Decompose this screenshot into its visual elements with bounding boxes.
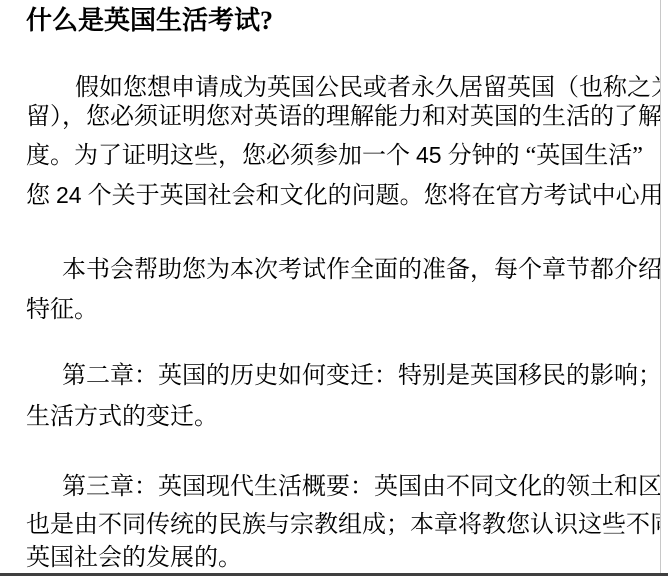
line-text: 分钟的 “英国生活” (442, 143, 643, 169)
paragraph-3-line-1: 第二章：英国的历史如何变迁：特别是英国移民的影响； (62, 360, 661, 392)
questions-number: 24 (56, 182, 82, 208)
line-text: 个关于英国社会和文化的问题。您将在官方考试中心用 (82, 183, 661, 209)
document-viewport: 什么是英国生活考试? 假如您想申请成为英国公民或者永久居留英国（也称之为 留），… (0, 0, 668, 579)
minutes-number: 45 (416, 142, 442, 168)
paragraph-1-line-3: 度。为了证明这些，您必须参加一个 45 分钟的 “英国生活” (26, 139, 661, 171)
line-text: 您 (26, 183, 56, 209)
paragraph-2-line-1: 本书会帮助您为本次考试作全面的准备，每个章节都介绍 (62, 254, 661, 286)
bottom-divider (0, 573, 668, 576)
paragraph-4-line-1: 第三章：英国现代生活概要：英国由不同文化的领土和区 (62, 471, 661, 503)
paragraph-2-line-2: 特征。 (26, 294, 661, 326)
document-title: 什么是英国生活考试? (26, 4, 661, 38)
paragraph-3-line-2: 生活方式的变迁。 (26, 401, 661, 433)
paragraph-4-line-3: 英国社会的发展的。 (26, 542, 661, 574)
line-text: 度。为了证明这些，您必须参加一个 (26, 143, 416, 169)
paragraph-1-line-4: 您 24 个关于英国社会和文化的问题。您将在官方考试中心用 (26, 179, 661, 211)
paragraph-1-line-1: 假如您想申请成为英国公民或者永久居留英国（也称之为 (75, 72, 661, 104)
paragraph-4-line-2: 也是由不同传统的民族与宗教组成；本章将教您认识这些不同 (26, 509, 661, 541)
page-edge-line (660, 0, 661, 574)
paragraph-1-line-2: 留），您必须证明您对英语的理解能力和对英国的生活的了解 (26, 101, 661, 133)
